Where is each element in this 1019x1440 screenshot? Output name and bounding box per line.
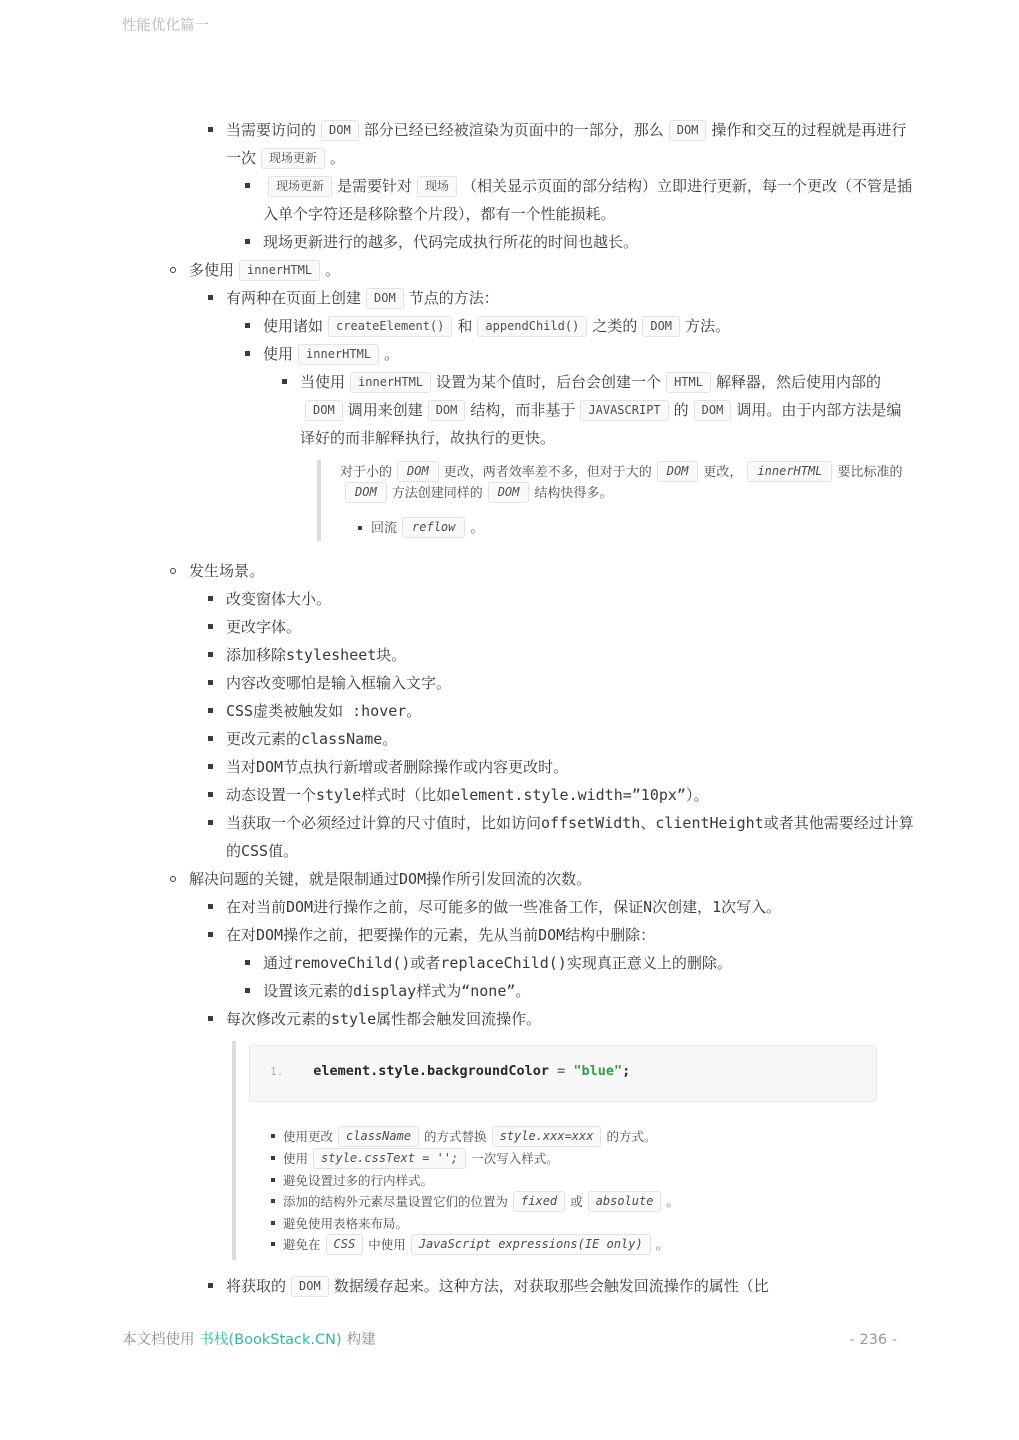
list-item-text: 更改元素的className。 bbox=[226, 725, 914, 753]
inline-code-chip: HTML bbox=[666, 372, 711, 393]
list-item-text: 改变窗体大小。 bbox=[226, 585, 914, 613]
list: 有两种在页面上创建DOM节点的方法：使用诸如createElement()和ap… bbox=[189, 284, 914, 541]
inline-code-chip: JavaScript expressions(IE only) bbox=[411, 1234, 651, 1255]
list-item: 避免使用表格来布局。 bbox=[270, 1213, 914, 1234]
list-item: 发生场景。改变窗体大小。更改字体。添加移除stylesheet块。内容改变哪怕是… bbox=[170, 557, 914, 865]
list-item-text: 将获取的DOM数据缓存起来。这种方法，对获取那些会触发回流操作的属性（比 bbox=[226, 1272, 914, 1300]
inline-code-chip: innerHTML bbox=[747, 461, 832, 482]
list-item: 添加的结构外元素尽量设置它们的位置为fixed或absolute。 bbox=[270, 1191, 914, 1213]
document-page: 性能优化篇一 当需要访问的DOM部分已经已经被渲染为页面中的一部分，那么DOM操… bbox=[0, 0, 1019, 1440]
list-item-text: 使用更改className的方式替换style.xxx=xxx的方式。 bbox=[283, 1126, 914, 1148]
list-item: 当需要访问的DOM部分已经已经被渲染为页面中的一部分，那么DOM操作和交互的过程… bbox=[207, 116, 914, 256]
list-item: 改变窗体大小。 bbox=[207, 585, 914, 613]
list-item: 更改字体。 bbox=[207, 613, 914, 641]
list: 当使用innerHTML设置为某个值时，后台会创建一个HTML解释器，然后使用内… bbox=[263, 368, 914, 541]
inline-code-chip: DOM bbox=[642, 316, 680, 337]
list: 多使用innerHTML。有两种在页面上创建DOM节点的方法：使用诸如creat… bbox=[152, 256, 914, 1300]
inline-code-chip: innerHTML bbox=[298, 344, 379, 365]
list-item-text: 回流reflow。 bbox=[371, 518, 914, 539]
list-item: 现场更新进行的越多，代码完成执行所花的时间也越长。 bbox=[244, 228, 914, 256]
list-item: 当获取一个必须经过计算的尺寸值时，比如访问offsetWidth、clientH… bbox=[207, 809, 914, 865]
list-item: 解决问题的关键，就是限制通过DOM操作所引发回流的次数。在对当前DOM进行操作之… bbox=[170, 865, 914, 1300]
footer-brand-link[interactable]: 书栈(BookStack.CN) bbox=[200, 1332, 342, 1348]
list-item-text: 现场更新是需要针对现场（相关显示页面的部分结构）立即进行更新，每一个更改（不管是… bbox=[263, 172, 914, 228]
footer-build-note: 本文档使用书栈(BookStack.CN)构建 bbox=[122, 1328, 376, 1349]
inline-code-chip: DOM bbox=[657, 461, 699, 482]
list-item: 回流reflow。 bbox=[357, 518, 914, 539]
inline-code-chip: DOM bbox=[366, 288, 404, 309]
list-item: 使用更改className的方式替换style.xxx=xxx的方式。 bbox=[270, 1126, 914, 1148]
blockquote: 1.element.style.backgroundColor = "blue"… bbox=[232, 1041, 914, 1260]
document-content: 当需要访问的DOM部分已经已经被渲染为页面中的一部分，那么DOM操作和交互的过程… bbox=[152, 116, 914, 1300]
list-item-text: CSS虚类被触发如 :hover。 bbox=[226, 697, 914, 725]
inline-code-chip: 现场更新 bbox=[268, 176, 332, 197]
list-item-text: 避免设置过多的行内样式。 bbox=[283, 1170, 914, 1191]
inline-code-chip: DOM bbox=[694, 400, 732, 421]
inline-code-chip: DOM bbox=[291, 1276, 329, 1297]
list-item-text: 避免在CSS中使用JavaScript expressions(IE only)… bbox=[283, 1234, 914, 1256]
inline-code-chip: reflow bbox=[402, 517, 465, 538]
list-item: 使用innerHTML。当使用innerHTML设置为某个值时，后台会创建一个H… bbox=[244, 340, 914, 541]
list-item-text: 在对当前DOM进行操作之前，尽可能多的做一些准备工作，保证N次创建，1次写入。 bbox=[226, 893, 914, 921]
inline-code-chip: DOM bbox=[345, 482, 387, 503]
list-item-text: 使用诸如createElement()和appendChild()之类的DOM方… bbox=[263, 312, 914, 340]
inline-code-chip: appendChild() bbox=[477, 316, 587, 337]
list-item: 将获取的DOM数据缓存起来。这种方法，对获取那些会触发回流操作的属性（比 bbox=[207, 1272, 914, 1300]
code-line: 1.element.style.backgroundColor = "blue"… bbox=[270, 1061, 856, 1082]
code-token: element.style.backgroundColor bbox=[313, 1063, 549, 1079]
list-item-text: 解决问题的关键，就是限制通过DOM操作所引发回流的次数。 bbox=[189, 865, 914, 893]
list-item-text: 发生场景。 bbox=[189, 557, 914, 585]
list-item: 避免设置过多的行内样式。 bbox=[270, 1170, 914, 1191]
footer-prefix: 本文档使用 bbox=[122, 1332, 195, 1348]
code-block: 1.element.style.backgroundColor = "blue"… bbox=[249, 1045, 877, 1102]
inline-code-chip: 现场 bbox=[417, 176, 457, 197]
inline-code-chip: className bbox=[338, 1126, 419, 1147]
list-item: 内容改变哪怕是输入框输入文字。 bbox=[207, 669, 914, 697]
list-item-text: 当获取一个必须经过计算的尺寸值时，比如访问offsetWidth、clientH… bbox=[226, 809, 914, 865]
inline-code-chip: style.cssText = ''; bbox=[313, 1148, 466, 1169]
list-item-text: 现场更新进行的越多，代码完成执行所花的时间也越长。 bbox=[263, 228, 914, 256]
inline-code-chip: DOM bbox=[428, 400, 466, 421]
list-item: 有两种在页面上创建DOM节点的方法：使用诸如createElement()和ap… bbox=[207, 284, 914, 541]
list-item: 当使用innerHTML设置为某个值时，后台会创建一个HTML解释器，然后使用内… bbox=[281, 368, 914, 541]
list-item: 使用诸如createElement()和appendChild()之类的DOM方… bbox=[244, 312, 914, 340]
footer-suffix: 构建 bbox=[347, 1332, 376, 1348]
inline-code-chip: CSS bbox=[326, 1234, 364, 1255]
inline-code-chip: createElement() bbox=[328, 316, 452, 337]
page-footer: 本文档使用书栈(BookStack.CN)构建 - 236 - bbox=[122, 1328, 897, 1349]
list-item-text: 使用style.cssText = '';一次写入样式。 bbox=[283, 1148, 914, 1170]
list-item-text: 在对DOM操作之前，把要操作的元素，先从当前DOM结构中删除： bbox=[226, 921, 914, 949]
list-item: 在对当前DOM进行操作之前，尽可能多的做一些准备工作，保证N次创建，1次写入。 bbox=[207, 893, 914, 921]
list-item-text: 当使用innerHTML设置为某个值时，后台会创建一个HTML解释器，然后使用内… bbox=[300, 368, 914, 452]
inline-code-chip: style.xxx=xxx bbox=[492, 1126, 602, 1147]
list-item-text: 当需要访问的DOM部分已经已经被渲染为页面中的一部分，那么DOM操作和交互的过程… bbox=[226, 116, 914, 172]
inline-code-chip: 现场更新 bbox=[261, 148, 325, 169]
list: 在对当前DOM进行操作之前，尽可能多的做一些准备工作，保证N次创建，1次写入。在… bbox=[189, 893, 914, 1300]
inline-code-chip: innerHTML bbox=[350, 372, 431, 393]
code-token: ; bbox=[622, 1063, 630, 1079]
page-number: - 236 - bbox=[850, 1332, 897, 1348]
list-item: 在对DOM操作之前，把要操作的元素，先从当前DOM结构中删除：通过removeC… bbox=[207, 921, 914, 1005]
code-line-number: 1. bbox=[270, 1065, 283, 1078]
list-item-text: 设置该元素的display样式为“none”。 bbox=[263, 977, 914, 1005]
inline-code-chip: DOM bbox=[397, 461, 439, 482]
code-token: "blue" bbox=[573, 1063, 622, 1079]
list-item: CSS虚类被触发如 :hover。 bbox=[207, 697, 914, 725]
list-item: 现场更新是需要针对现场（相关显示页面的部分结构）立即进行更新，每一个更改（不管是… bbox=[244, 172, 914, 228]
inline-code-chip: DOM bbox=[305, 400, 343, 421]
list-item-text: 更改字体。 bbox=[226, 613, 914, 641]
list: 使用更改className的方式替换style.xxx=xxx的方式。使用sty… bbox=[249, 1126, 914, 1256]
list: 改变窗体大小。更改字体。添加移除stylesheet块。内容改变哪怕是输入框输入… bbox=[189, 585, 914, 865]
blockquote: 对于小的DOM更改，两者效率差不多，但对于大的DOM更改，innerHTML要比… bbox=[317, 460, 914, 541]
list-item-text: 添加移除stylesheet块。 bbox=[226, 641, 914, 669]
inline-code-chip: absolute bbox=[588, 1191, 662, 1212]
inline-code-chip: DOM bbox=[321, 120, 359, 141]
list-item: 避免在CSS中使用JavaScript expressions(IE only)… bbox=[270, 1234, 914, 1256]
list: 当需要访问的DOM部分已经已经被渲染为页面中的一部分，那么DOM操作和交互的过程… bbox=[152, 116, 914, 256]
list-item-text: 添加的结构外元素尽量设置它们的位置为fixed或absolute。 bbox=[283, 1191, 914, 1213]
list-item: 多使用innerHTML。有两种在页面上创建DOM节点的方法：使用诸如creat… bbox=[170, 256, 914, 541]
list-item: 设置该元素的display样式为“none”。 bbox=[244, 977, 914, 1005]
list-item: 使用style.cssText = '';一次写入样式。 bbox=[270, 1148, 914, 1170]
inline-code-chip: JAVASCRIPT bbox=[580, 400, 668, 421]
page-header-title: 性能优化篇一 bbox=[122, 14, 209, 35]
list-item-text: 每次修改元素的style属性都会触发回流操作。 bbox=[226, 1005, 914, 1033]
list-item: 通过removeChild()或者replaceChild()实现真正意义上的删… bbox=[244, 949, 914, 977]
list-item-text: 有两种在页面上创建DOM节点的方法： bbox=[226, 284, 914, 312]
code-token: = bbox=[549, 1063, 573, 1079]
list-item-text: 使用innerHTML。 bbox=[263, 340, 914, 368]
list-item-text: 通过removeChild()或者replaceChild()实现真正意义上的删… bbox=[263, 949, 914, 977]
inline-code-chip: DOM bbox=[488, 482, 530, 503]
list-item: 动态设置一个style样式时（比如element.style.width=”10… bbox=[207, 781, 914, 809]
list-item-text: 动态设置一个style样式时（比如element.style.width=”10… bbox=[226, 781, 914, 809]
quote-paragraph: 对于小的DOM更改，两者效率差不多，但对于大的DOM更改，innerHTML要比… bbox=[340, 462, 914, 504]
inline-code-chip: innerHTML bbox=[239, 260, 320, 281]
inline-code-chip: DOM bbox=[669, 120, 707, 141]
list: 现场更新是需要针对现场（相关显示页面的部分结构）立即进行更新，每一个更改（不管是… bbox=[226, 172, 914, 256]
list-item-text: 多使用innerHTML。 bbox=[189, 256, 914, 284]
inline-code-chip: fixed bbox=[513, 1191, 565, 1212]
list-item: 每次修改元素的style属性都会触发回流操作。1.element.style.b… bbox=[207, 1005, 914, 1260]
list-item-text: 避免使用表格来布局。 bbox=[283, 1213, 914, 1234]
list-item: 当对DOM节点执行新增或者删除操作或内容更改时。 bbox=[207, 753, 914, 781]
list-item-text: 内容改变哪怕是输入框输入文字。 bbox=[226, 669, 914, 697]
list-item: 添加移除stylesheet块。 bbox=[207, 641, 914, 669]
list-item: 更改元素的className。 bbox=[207, 725, 914, 753]
list-item-text: 当对DOM节点执行新增或者删除操作或内容更改时。 bbox=[226, 753, 914, 781]
list: 通过removeChild()或者replaceChild()实现真正意义上的删… bbox=[226, 949, 914, 1005]
list: 使用诸如createElement()和appendChild()之类的DOM方… bbox=[226, 312, 914, 541]
list: 回流reflow。 bbox=[340, 518, 914, 539]
